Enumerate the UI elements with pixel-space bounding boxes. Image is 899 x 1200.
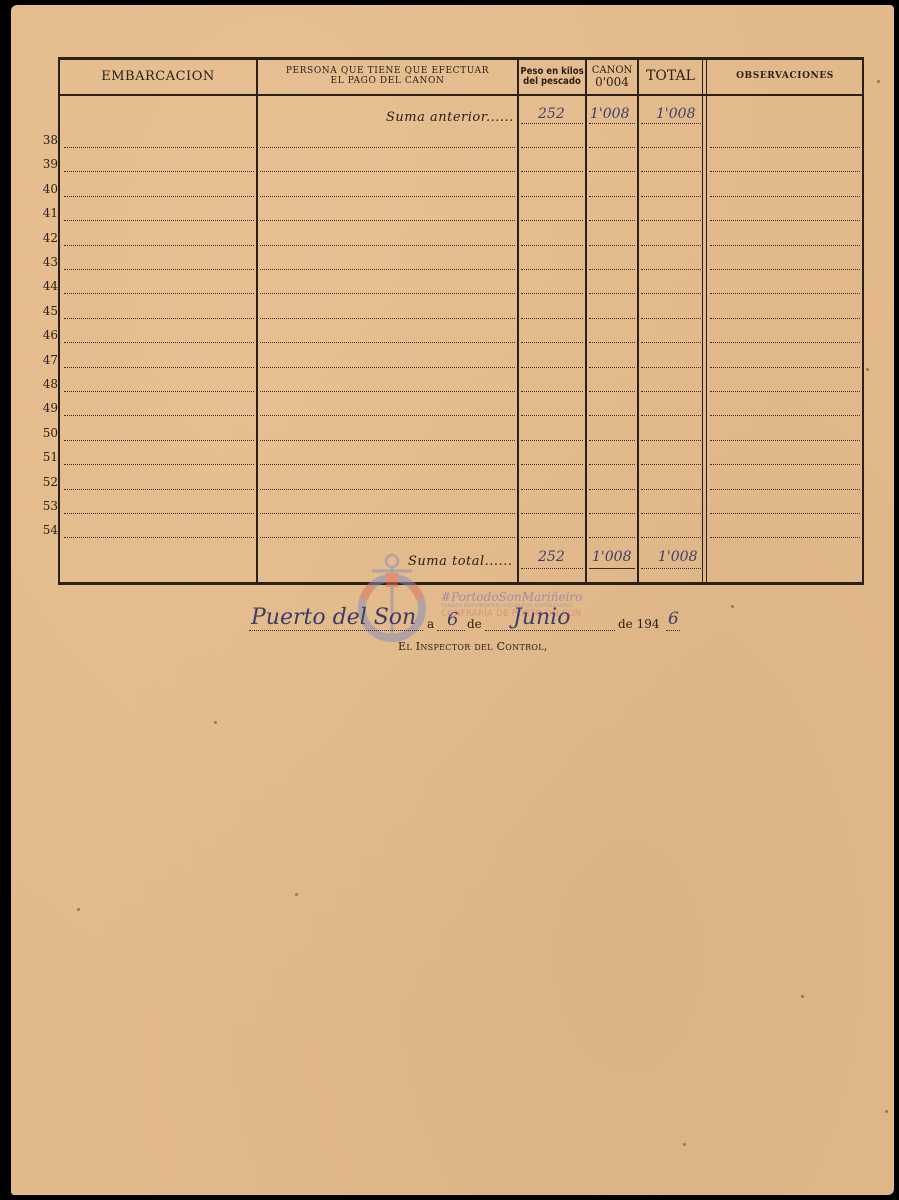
dotted-rule	[260, 196, 515, 197]
dotted-rule	[589, 537, 635, 538]
dotted-rule	[260, 220, 515, 221]
suma-total-total: 1'008	[658, 549, 697, 565]
row-number: 41	[38, 206, 58, 220]
dotted-rule	[589, 293, 635, 294]
anchor-lifebuoy-stamp-icon	[354, 553, 434, 653]
dotted-rule	[521, 342, 583, 343]
row-number: 47	[38, 353, 58, 367]
dotted-rule	[64, 489, 254, 490]
a-label: a	[427, 617, 434, 631]
inspector-signature-label: El Inspector del Control,	[398, 640, 548, 653]
row-number: 38	[38, 133, 58, 147]
suma-total-canon: 1'008	[592, 549, 631, 565]
row-number: 45	[38, 304, 58, 318]
dotted-rule	[710, 391, 860, 392]
dotted-rule	[589, 367, 635, 368]
dotted-rule	[641, 489, 701, 490]
dotted-rule	[64, 367, 254, 368]
de-label: de	[467, 617, 482, 631]
dotted-rule	[64, 391, 254, 392]
day-handwritten: 6	[447, 609, 458, 630]
dotted-rule	[260, 245, 515, 246]
column-divider	[637, 60, 639, 582]
year-line	[666, 630, 680, 631]
dotted-rule	[64, 245, 254, 246]
dotted-rule	[521, 293, 583, 294]
dotted-rule	[64, 342, 254, 343]
dotted-rule	[641, 367, 701, 368]
dotted-rule	[641, 440, 701, 441]
header-label: OBSERVACIONES	[736, 72, 834, 82]
dotted-rule	[589, 196, 635, 197]
dotted-rule	[710, 415, 860, 416]
dotted-rule	[710, 464, 860, 465]
dotted-rule	[641, 537, 701, 538]
dotted-rule	[641, 269, 701, 270]
dotted-rule	[589, 220, 635, 221]
solid-rule	[589, 568, 635, 569]
dotted-rule	[260, 391, 515, 392]
dotted-rule	[641, 293, 701, 294]
header-canon: CANON 0'004	[587, 60, 637, 94]
month-handwritten: Junio	[513, 605, 570, 630]
dotted-rule	[260, 269, 515, 270]
dotted-rule	[710, 220, 860, 221]
column-divider	[702, 60, 703, 582]
dotted-rule	[521, 440, 583, 441]
dotted-rule	[521, 196, 583, 197]
dotted-rule	[710, 489, 860, 490]
dotted-rule	[521, 415, 583, 416]
dotted-rule	[521, 537, 583, 538]
paper-speck	[214, 721, 217, 724]
row-number: 40	[38, 182, 58, 196]
dotted-rule	[589, 171, 635, 172]
dotted-rule	[710, 196, 860, 197]
dotted-rule	[641, 245, 701, 246]
dotted-rule	[64, 269, 254, 270]
dotted-rule	[521, 220, 583, 221]
dotted-rule	[589, 245, 635, 246]
dotted-rule	[64, 537, 254, 538]
header-label: EMBARCACION	[101, 70, 214, 84]
dotted-rule	[521, 568, 583, 569]
row-number: 49	[38, 401, 58, 415]
header-total: TOTAL	[639, 60, 702, 94]
row-number: 44	[38, 279, 58, 293]
dotted-rule	[589, 464, 635, 465]
dotted-rule	[641, 196, 701, 197]
dotted-rule	[641, 568, 701, 569]
paper-speck	[801, 995, 804, 998]
row-number: 46	[38, 328, 58, 342]
dotted-rule	[710, 147, 860, 148]
dotted-rule	[710, 269, 860, 270]
paper-speck	[866, 368, 869, 371]
dotted-rule	[710, 318, 860, 319]
column-divider	[585, 60, 587, 582]
dotted-rule	[710, 293, 860, 294]
year-suffix-handwritten: 6	[668, 609, 679, 629]
header-observaciones: OBSERVACIONES	[708, 60, 862, 94]
dotted-rule	[641, 171, 701, 172]
dotted-rule	[521, 367, 583, 368]
dotted-rule	[260, 367, 515, 368]
dotted-rule	[641, 342, 701, 343]
dotted-rule	[521, 171, 583, 172]
dotted-rule	[64, 440, 254, 441]
suma-anterior-canon: 1'008	[590, 106, 629, 122]
row-number: 51	[38, 450, 58, 464]
suma-anterior-total: 1'008	[656, 106, 695, 122]
paper-speck	[77, 908, 80, 911]
dotted-rule	[64, 171, 254, 172]
dotted-rule	[521, 147, 583, 148]
header-label: TOTAL	[646, 69, 695, 84]
header-rule	[60, 94, 862, 96]
dotted-rule	[589, 318, 635, 319]
dotted-rule	[589, 440, 635, 441]
row-number: 52	[38, 475, 58, 489]
dotted-rule	[589, 415, 635, 416]
day-line	[437, 630, 465, 631]
dotted-rule	[589, 489, 635, 490]
header-persona: PERSONA QUE TIENE QUE EFECTUAR EL PAGO D…	[258, 60, 517, 94]
row-number: 39	[38, 157, 58, 171]
dotted-rule	[64, 318, 254, 319]
row-number: 48	[38, 377, 58, 391]
dotted-rule	[710, 367, 860, 368]
dotted-rule	[589, 269, 635, 270]
row-number: 42	[38, 231, 58, 245]
dotted-rule	[589, 391, 635, 392]
paper-speck	[877, 80, 880, 83]
header-peso: Peso en kilos del pescado	[519, 60, 585, 94]
paper-speck	[885, 1110, 888, 1113]
dotted-rule	[521, 489, 583, 490]
dotted-rule	[260, 342, 515, 343]
row-number: 43	[38, 255, 58, 269]
dotted-rule	[260, 513, 515, 514]
dotted-rule	[64, 147, 254, 148]
dotted-rule	[521, 245, 583, 246]
dotted-rule	[710, 440, 860, 441]
dotted-rule	[64, 220, 254, 221]
dotted-rule	[64, 196, 254, 197]
header-label: EL PAGO DEL CANON	[331, 77, 445, 87]
dotted-rule	[521, 464, 583, 465]
month-line	[485, 630, 615, 631]
year-prefix: de 194	[618, 617, 660, 631]
dotted-rule	[589, 147, 635, 148]
dotted-rule	[710, 342, 860, 343]
dotted-rule	[260, 415, 515, 416]
dotted-rule	[521, 123, 583, 124]
suma-total-peso: 252	[538, 549, 565, 565]
row-number: 54	[38, 523, 58, 537]
dotted-rule	[641, 464, 701, 465]
dotted-rule	[710, 513, 860, 514]
dotted-rule	[260, 293, 515, 294]
dotted-rule	[521, 318, 583, 319]
document-page: EMBARCACION PERSONA QUE TIENE QUE EFECTU…	[11, 5, 894, 1195]
row-number: 53	[38, 499, 58, 513]
paper-speck	[731, 605, 734, 608]
dotted-rule	[260, 464, 515, 465]
dotted-rule	[521, 513, 583, 514]
dotted-rule	[521, 391, 583, 392]
dotted-rule	[64, 464, 254, 465]
header-embarcacion: EMBARCACION	[60, 60, 256, 94]
dotted-rule	[260, 489, 515, 490]
watermark-hashtag: #PortodoSonMariñeiro	[441, 590, 582, 604]
dotted-rule	[64, 513, 254, 514]
suma-anterior-peso: 252	[538, 106, 565, 122]
dotted-rule	[260, 171, 515, 172]
dotted-rule	[589, 342, 635, 343]
dotted-rule	[641, 415, 701, 416]
dotted-rule	[64, 293, 254, 294]
suma-anterior-label: Suma anterior......	[386, 110, 514, 125]
dotted-rule	[641, 513, 701, 514]
header-label: del pescado	[523, 77, 581, 87]
dotted-rule	[710, 171, 860, 172]
dotted-rule	[64, 415, 254, 416]
dotted-rule	[641, 220, 701, 221]
dotted-rule	[589, 123, 635, 124]
paper-speck	[295, 893, 298, 896]
place-handwritten: Puerto del Son	[251, 605, 416, 630]
dotted-rule	[260, 147, 515, 148]
dotted-rule	[710, 537, 860, 538]
dotted-rule	[641, 318, 701, 319]
dotted-rule	[710, 245, 860, 246]
dotted-rule	[641, 123, 701, 124]
header-label: 0'004	[595, 76, 629, 89]
canon-payment-table: EMBARCACION PERSONA QUE TIENE QUE EFECTU…	[58, 57, 864, 585]
dotted-rule	[260, 440, 515, 441]
column-divider	[706, 60, 707, 582]
column-divider	[517, 60, 519, 582]
dotted-rule	[260, 537, 515, 538]
column-divider	[256, 60, 258, 582]
dotted-rule	[589, 513, 635, 514]
dotted-rule	[260, 318, 515, 319]
place-line	[249, 630, 423, 631]
dotted-rule	[521, 269, 583, 270]
paper-speck	[683, 1143, 686, 1146]
dotted-rule	[641, 391, 701, 392]
row-number: 50	[38, 426, 58, 440]
dotted-rule	[641, 147, 701, 148]
